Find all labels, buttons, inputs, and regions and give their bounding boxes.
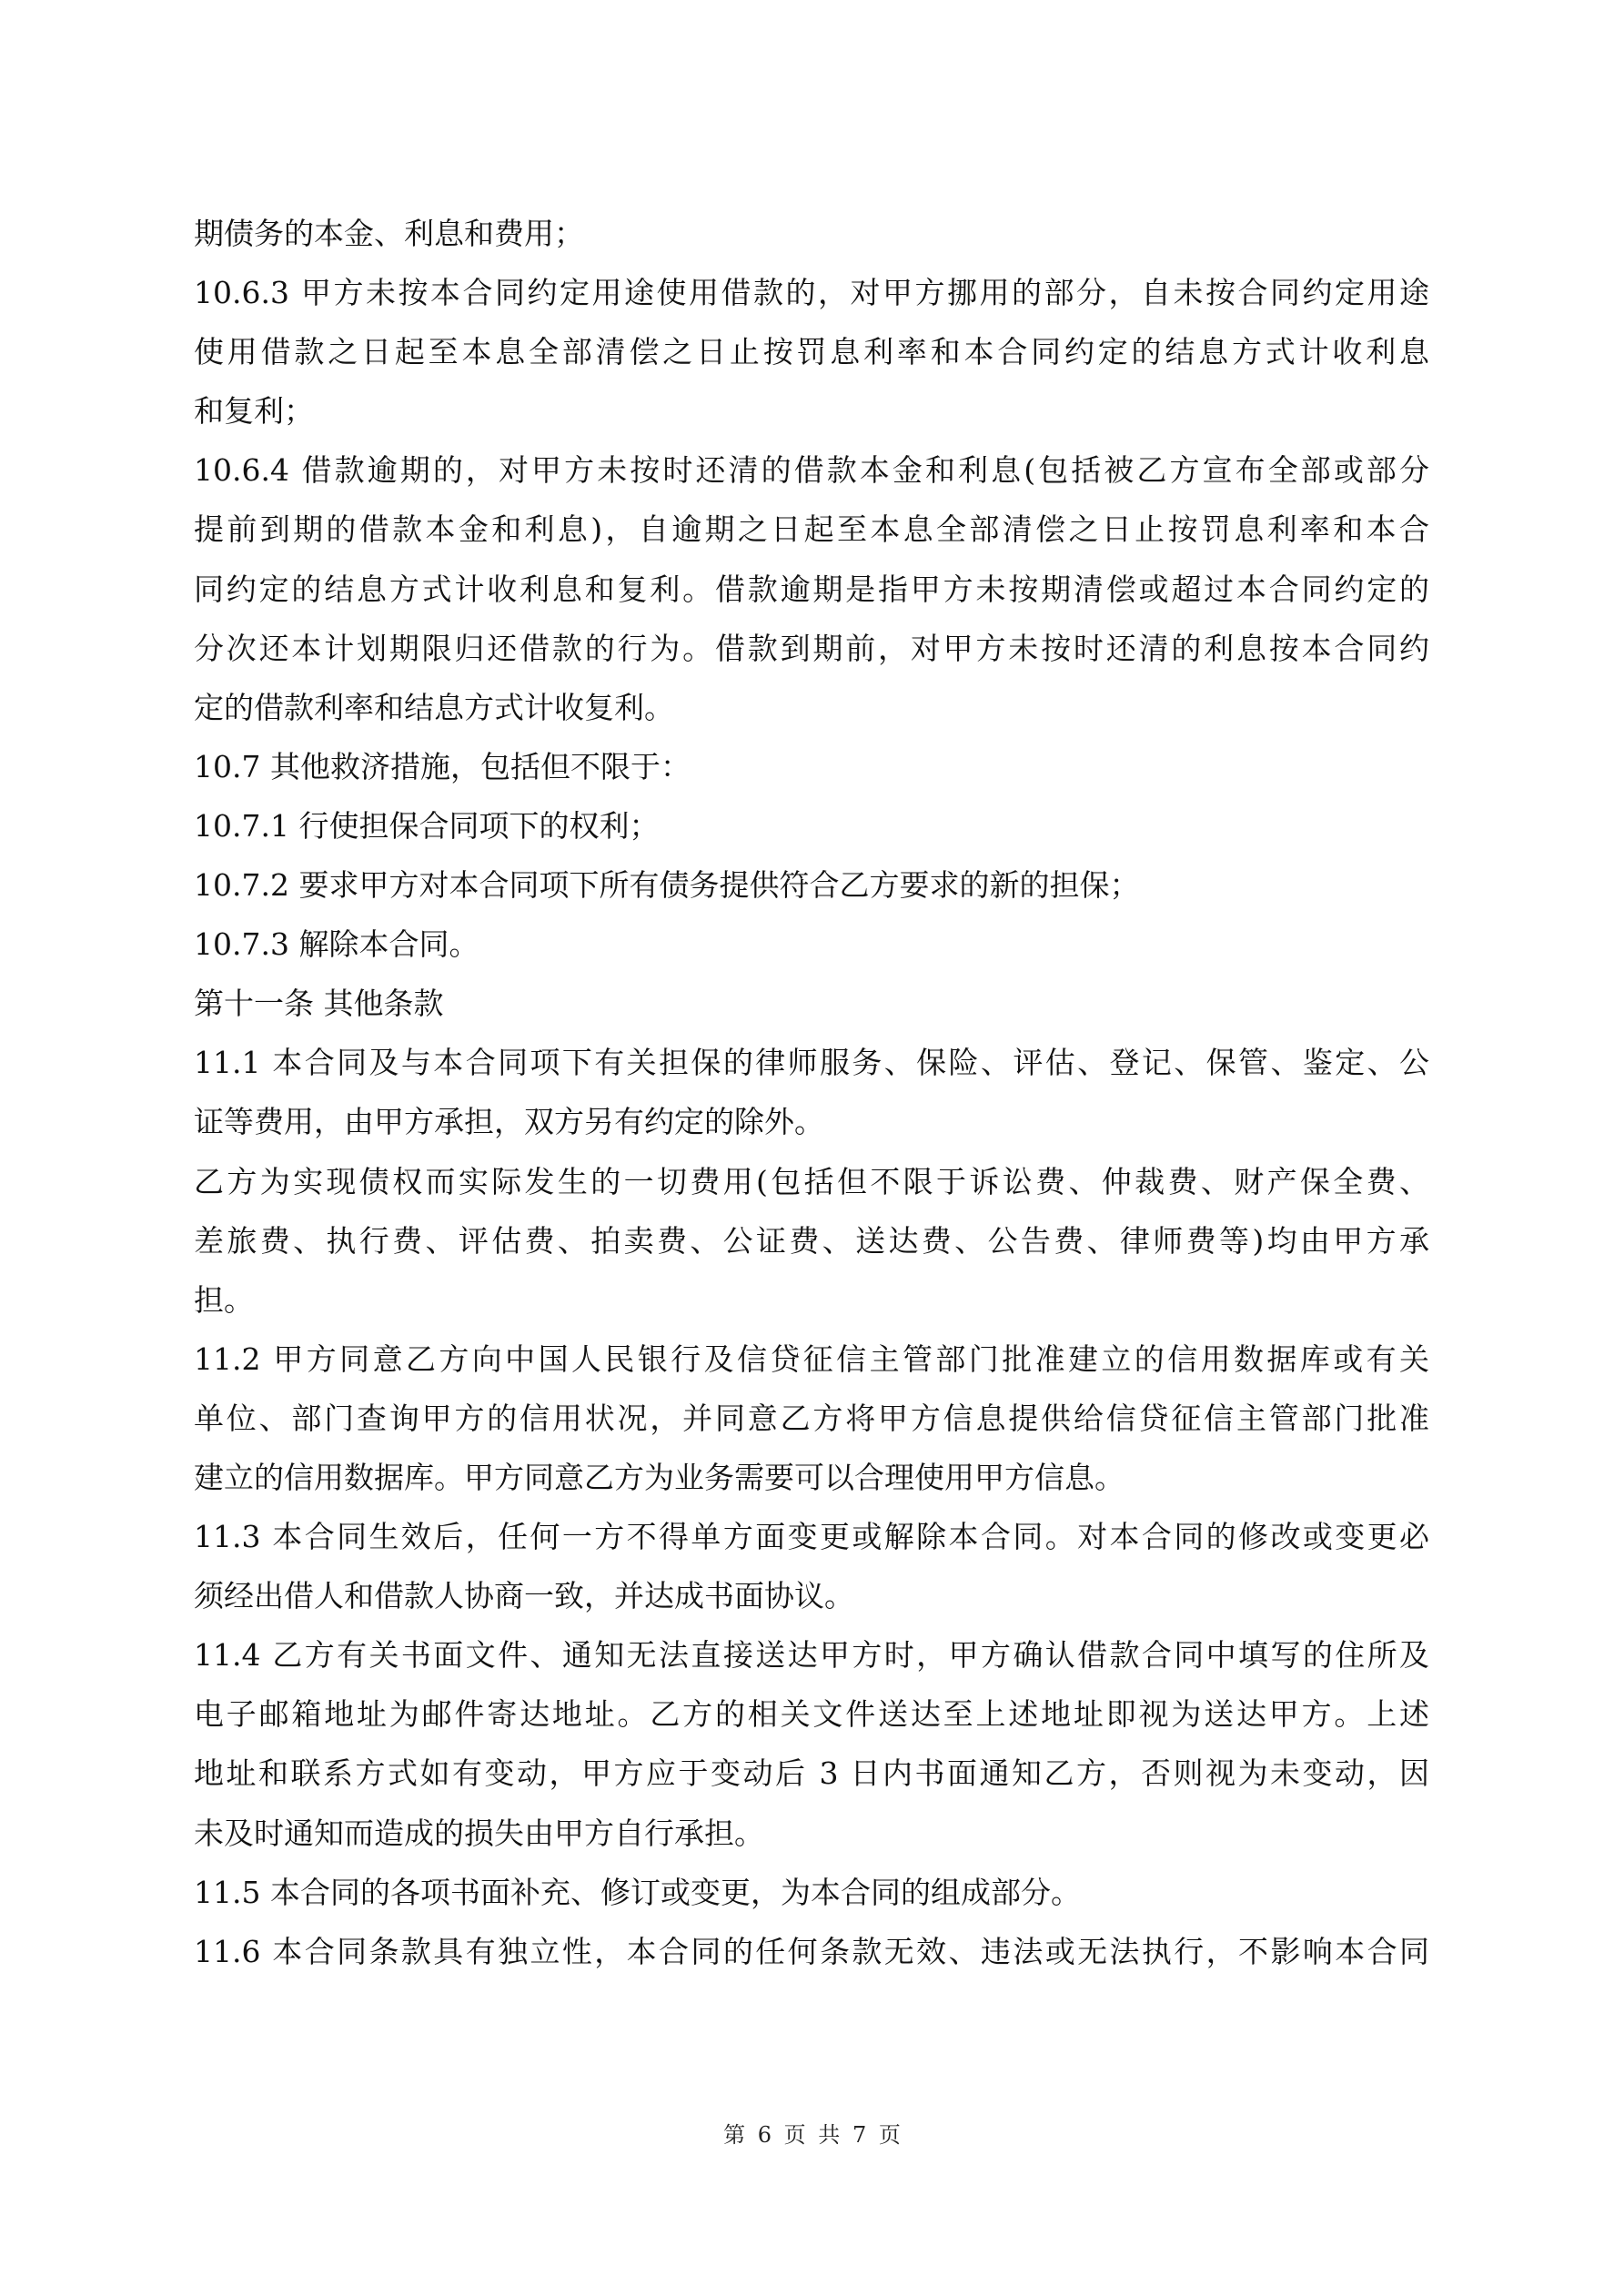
- text-line: 同约定的结息方式计收利息和复利。借款逾期是指甲方未按期清偿或超过本合同约定的: [194, 560, 1429, 619]
- text-line: 10.7 其他救济措施，包括但不限于：: [194, 737, 1429, 796]
- paragraph: 11.3 本合同生效后，任何一方不得单方面变更或解除本合同。对本合同的修改或变更…: [194, 1507, 1429, 1625]
- paragraph: 11.4 乙方有关书面文件、通知无法直接送达甲方时，甲方确认借款合同中填写的住所…: [194, 1625, 1429, 1862]
- text-line: 11.2 甲方同意乙方向中国人民银行及信贷征信主管部门批准建立的信用数据库或有关: [194, 1330, 1429, 1389]
- text-line: 10.6.3 甲方未按本合同约定用途使用借款的，对甲方挪用的部分，自未按合同约定…: [194, 263, 1429, 322]
- paragraph: 10.7 其他救济措施，包括但不限于：: [194, 737, 1429, 796]
- text-line: 差旅费、执行费、评估费、拍卖费、公证费、送达费、公告费、律师费等)均由甲方承: [194, 1211, 1429, 1270]
- text-line: 电子邮箱地址为邮件寄达地址。乙方的相关文件送达至上述地址即视为送达甲方。上述: [194, 1684, 1429, 1744]
- text-line: 11.4 乙方有关书面文件、通知无法直接送达甲方时，甲方确认借款合同中填写的住所…: [194, 1625, 1429, 1684]
- text-line: 提前到期的借款本金和利息)，自逾期之日起至本息全部清偿之日止按罚息利率和本合: [194, 500, 1429, 559]
- paragraph: 10.6.3 甲方未按本合同约定用途使用借款的，对甲方挪用的部分，自未按合同约定…: [194, 263, 1429, 440]
- text-line: 11.5 本合同的各项书面补充、修订或变更，为本合同的组成部分。: [194, 1863, 1429, 1922]
- text-line: 地址和联系方式如有变动，甲方应于变动后 3 日内书面通知乙方，否则视为未变动，因: [194, 1744, 1429, 1803]
- text-line: 单位、部门查询甲方的信用状况，并同意乙方将甲方信息提供给信贷征信主管部门批准: [194, 1389, 1429, 1448]
- document-body: 期债务的本金、利息和费用；10.6.3 甲方未按本合同约定用途使用借款的，对甲方…: [194, 204, 1429, 1981]
- paragraph: 乙方为实现债权而实际发生的一切费用(包括但不限于诉讼费、仲裁费、财产保全费、差旅…: [194, 1152, 1429, 1330]
- paragraph: 10.7.3 解除本合同。: [194, 915, 1429, 974]
- text-line: 11.6 本合同条款具有独立性，本合同的任何条款无效、违法或无法执行，不影响本合…: [194, 1922, 1429, 1981]
- paragraph: 11.1 本合同及与本合同项下有关担保的律师服务、保险、评估、登记、保管、鉴定、…: [194, 1033, 1429, 1151]
- text-line: 10.6.4 借款逾期的，对甲方未按时还清的借款本金和利息(包括被乙方宣布全部或…: [194, 440, 1429, 500]
- paragraph: 11.6 本合同条款具有独立性，本合同的任何条款无效、违法或无法执行，不影响本合…: [194, 1922, 1429, 1981]
- paragraph: 11.5 本合同的各项书面补充、修订或变更，为本合同的组成部分。: [194, 1863, 1429, 1922]
- text-line: 第十一条 其他条款: [194, 974, 1429, 1033]
- paragraph: 10.7.2 要求甲方对本合同项下所有债务提供符合乙方要求的新的担保；: [194, 855, 1429, 915]
- text-line: 11.1 本合同及与本合同项下有关担保的律师服务、保险、评估、登记、保管、鉴定、…: [194, 1033, 1429, 1092]
- text-line: 使用借款之日起至本息全部清偿之日止按罚息利率和本合同约定的结息方式计收利息: [194, 322, 1429, 381]
- paragraph: 10.6.4 借款逾期的，对甲方未按时还清的借款本金和利息(包括被乙方宣布全部或…: [194, 440, 1429, 736]
- text-line: 定的借款利率和结息方式计收复利。: [194, 678, 1429, 737]
- text-line: 11.3 本合同生效后，任何一方不得单方面变更或解除本合同。对本合同的修改或变更…: [194, 1507, 1429, 1566]
- paragraph: 10.7.1 行使担保合同项下的权利；: [194, 796, 1429, 855]
- text-line: 分次还本计划期限归还借款的行为。借款到期前，对甲方未按时还清的利息按本合同约: [194, 619, 1429, 678]
- text-line: 建立的信用数据库。甲方同意乙方为业务需要可以合理使用甲方信息。: [194, 1448, 1429, 1507]
- text-line: 期债务的本金、利息和费用；: [194, 204, 1429, 263]
- section-heading: 第十一条 其他条款: [194, 974, 1429, 1033]
- text-line: 和复利；: [194, 381, 1429, 440]
- text-line: 证等费用，由甲方承担，双方另有约定的除外。: [194, 1092, 1429, 1151]
- paragraph: 11.2 甲方同意乙方向中国人民银行及信贷征信主管部门批准建立的信用数据库或有关…: [194, 1330, 1429, 1507]
- text-line: 须经出借人和借款人协商一致，并达成书面协议。: [194, 1566, 1429, 1625]
- text-line: 未及时通知而造成的损失由甲方自行承担。: [194, 1804, 1429, 1863]
- text-line: 10.7.3 解除本合同。: [194, 915, 1429, 974]
- text-line: 乙方为实现债权而实际发生的一切费用(包括但不限于诉讼费、仲裁费、财产保全费、: [194, 1152, 1429, 1211]
- document-page: 期债务的本金、利息和费用；10.6.3 甲方未按本合同约定用途使用借款的，对甲方…: [0, 0, 1624, 2296]
- text-line: 担。: [194, 1270, 1429, 1330]
- text-line: 10.7.1 行使担保合同项下的权利；: [194, 796, 1429, 855]
- paragraph: 期债务的本金、利息和费用；: [194, 204, 1429, 263]
- text-line: 10.7.2 要求甲方对本合同项下所有债务提供符合乙方要求的新的担保；: [194, 855, 1429, 915]
- page-footer: 第 6 页 共 7 页: [0, 2117, 1624, 2149]
